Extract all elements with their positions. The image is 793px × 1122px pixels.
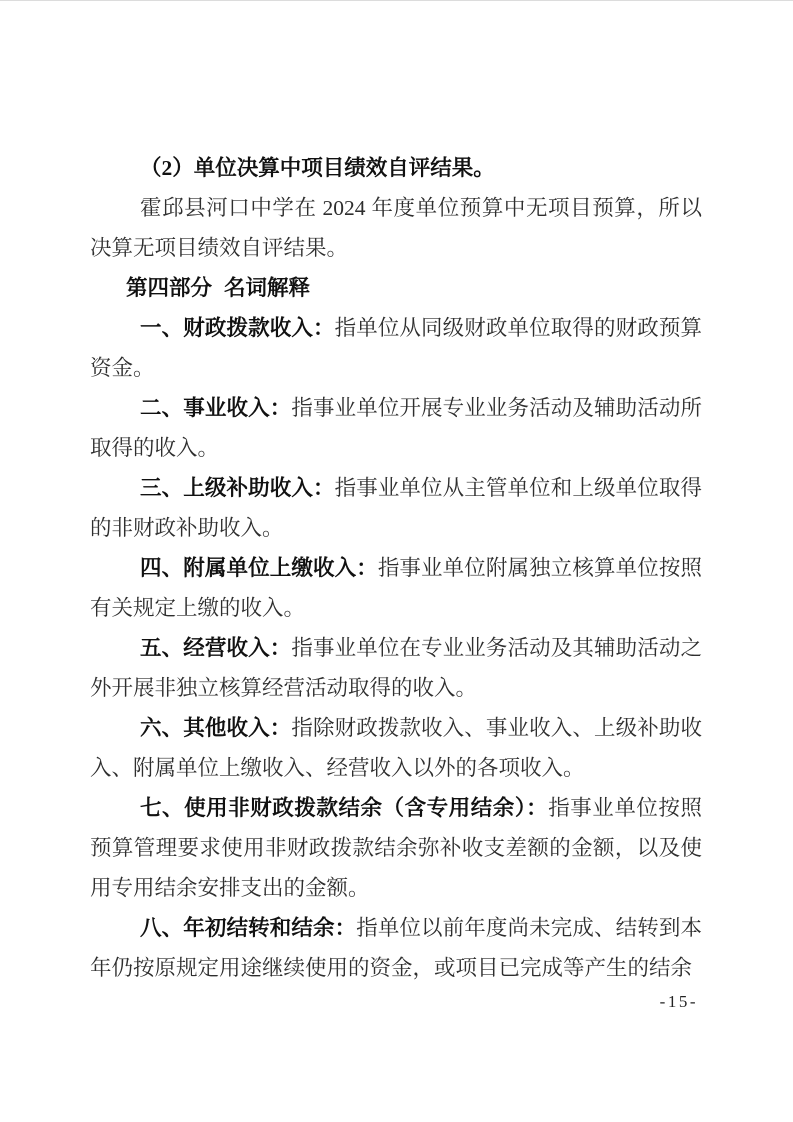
subheading-project-performance: （2）单位决算中项目绩效自评结果。 [90, 148, 702, 188]
term-definition-2: 二、事业收入：指事业单位开展专业业务活动及辅助活动所取得的收入。 [90, 388, 702, 468]
term-definition-7: 七、使用非财政拨款结余（含专用结余）：指事业单位按照预算管理要求使用非财政拨款结… [90, 788, 702, 908]
page-content: （2）单位决算中项目绩效自评结果。 霍邱县河口中学在 2024 年度单位预算中无… [90, 148, 702, 988]
term-definition-4: 四、附属单位上缴收入：指事业单位附属独立核算单位按照有关规定上缴的收入。 [90, 548, 702, 628]
term-label: 一、财政拨款收入： [140, 316, 335, 340]
term-label: 七、使用非财政拨款结余（含专用结余）： [140, 796, 548, 820]
term-label: 八、年初结转和结余： [140, 916, 356, 940]
paragraph-intro: 霍邱县河口中学在 2024 年度单位预算中无项目预算，所以决算无项目绩效自评结果… [90, 188, 702, 268]
term-definition-1: 一、财政拨款收入：指单位从同级财政单位取得的财政预算资金。 [90, 308, 702, 388]
term-definition-5: 五、经营收入：指事业单位在专业业务活动及其辅助活动之外开展非独立核算经营活动取得… [90, 628, 702, 708]
term-label: 三、上级补助收入： [140, 476, 335, 500]
term-label: 四、附属单位上缴收入： [140, 556, 378, 580]
page-top-edge [0, 0, 793, 1]
term-definition-8: 八、年初结转和结余：指单位以前年度尚未完成、结转到本年仍按原规定用途继续使用的资… [90, 908, 702, 988]
term-definition-6: 六、其他收入：指除财政拨款收入、事业收入、上级补助收入、附属单位上缴收入、经营收… [90, 708, 702, 788]
term-label: 五、经营收入： [140, 636, 291, 660]
section-heading-part4: 第四部分 名词解释 [126, 268, 702, 308]
term-definition-3: 三、上级补助收入：指事业单位从主管单位和上级单位取得的非财政补助收入。 [90, 468, 702, 548]
page-number: -15- [660, 992, 698, 1012]
term-label: 六、其他收入： [140, 716, 291, 740]
document-page: （2）单位决算中项目绩效自评结果。 霍邱县河口中学在 2024 年度单位预算中无… [0, 0, 793, 1122]
term-label: 二、事业收入： [140, 396, 291, 420]
